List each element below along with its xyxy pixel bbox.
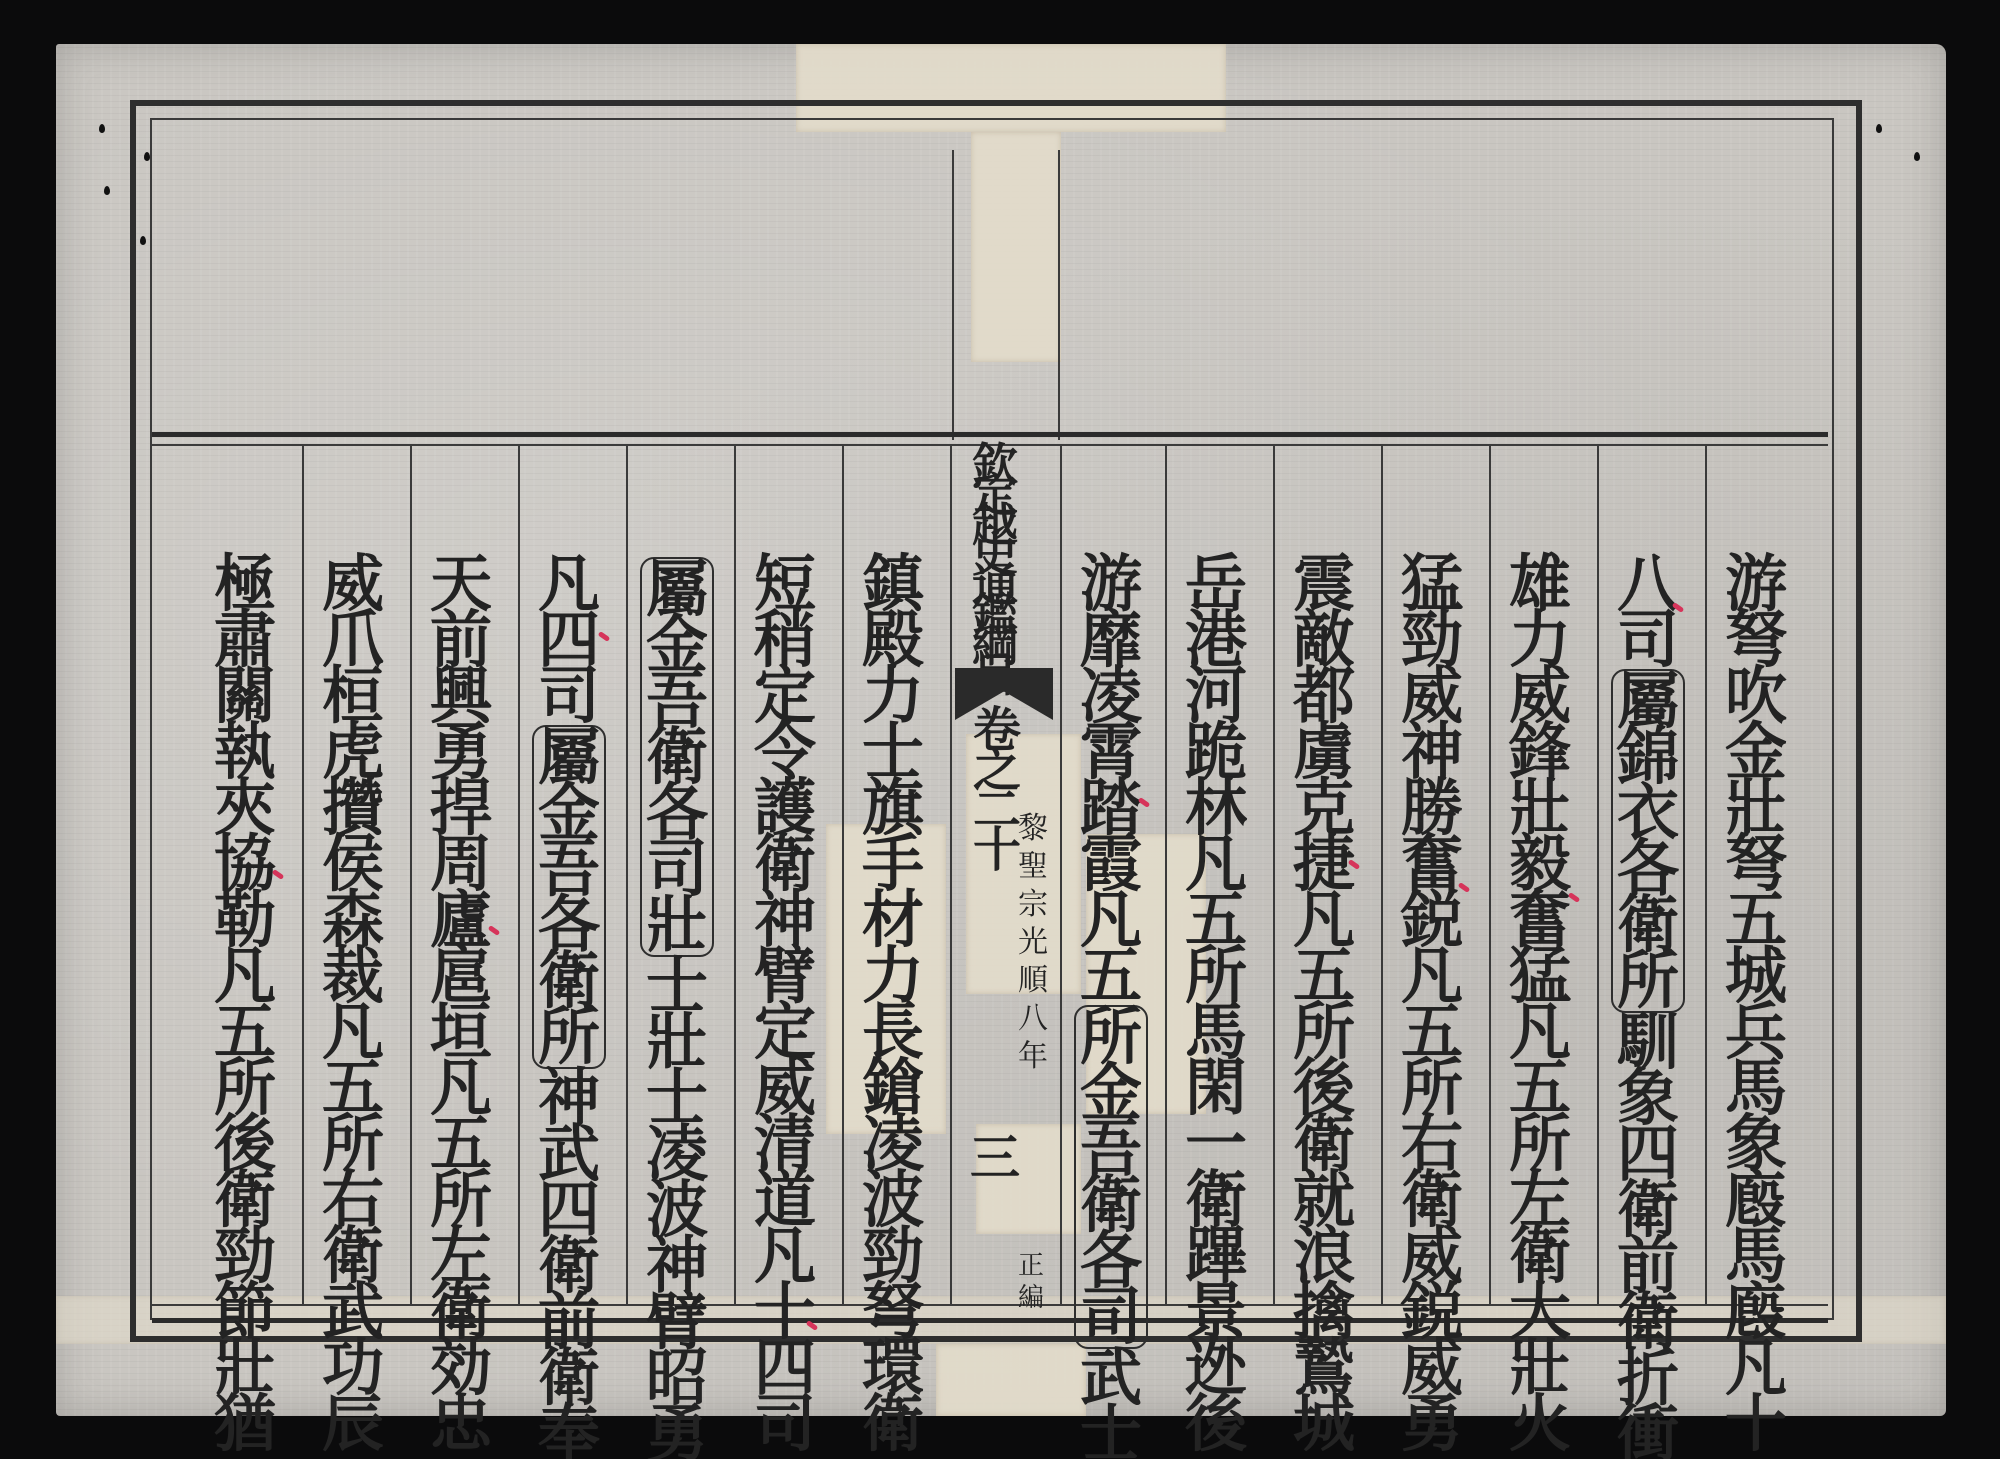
character: 衝 <box>1605 1406 1691 1459</box>
character: 衛 <box>850 1396 936 1452</box>
boxed-character: 所 <box>1613 953 1683 1009</box>
wormhole <box>1876 124 1882 133</box>
character: 士 <box>1068 1406 1154 1459</box>
column-divider <box>1060 446 1062 1304</box>
column-divider <box>950 446 952 1304</box>
character: 猶 <box>202 1396 288 1452</box>
reign-character: 順 <box>1013 962 1053 1000</box>
text-column-c6: 岳港河跪林凡五所馬閑一衛蹕景迯後 <box>1173 556 1259 1452</box>
reign-character: 宗 <box>1013 886 1053 924</box>
wormhole <box>1914 152 1920 161</box>
page-number-character: 三 <box>965 1130 1025 1186</box>
character: 奉 <box>526 1406 612 1459</box>
reign-character: 黎 <box>1013 810 1053 848</box>
reign-year-label: 黎聖宗光順八年 <box>1013 810 1053 1076</box>
character: 司 <box>1605 612 1691 668</box>
character: 十 <box>1713 1396 1799 1452</box>
text-column-c3: 雄力威鋒壯毅奮猛凡五所左衛大壯火 <box>1497 556 1583 1452</box>
wormhole <box>104 186 110 195</box>
character: 辰 <box>310 1396 396 1452</box>
wormhole <box>99 124 105 133</box>
reign-character: 光 <box>1013 924 1053 962</box>
text-column-c13: 威爪桓虎攢侯森裁凡五所右衛武功辰 <box>310 556 396 1452</box>
boxed-annotation: 屬錦衣各衛所 <box>1611 669 1685 1013</box>
text-column-c8: 鎮殿力士旗手材力長鎗凌波勁弩環衛 <box>850 556 936 1452</box>
text-column-c5: 震敵都虜克捷凡五所後衛就浪擒鷙城 <box>1281 556 1367 1452</box>
spine-line-right <box>1058 150 1060 440</box>
edition-character: 編 <box>1011 1282 1051 1314</box>
column-divider <box>1381 446 1383 1304</box>
boxed-character: 司 <box>1076 1289 1146 1345</box>
boxed-character: 壯 <box>642 897 712 953</box>
column-divider <box>1273 446 1275 1304</box>
text-column-c11: 凡四司屬金吾各衛所神武四衛前衛奉 <box>526 556 612 1459</box>
character: 後 <box>1173 1396 1259 1452</box>
character: 火 <box>1497 1396 1583 1452</box>
horizontal-rule-upper <box>152 432 1828 437</box>
repair-patch-bottom-center <box>936 1344 1086 1416</box>
character: 勇 <box>634 1406 720 1459</box>
edition-label: 正編 <box>1011 1250 1051 1314</box>
character: 五 <box>1068 948 1154 1004</box>
column-divider <box>734 446 736 1304</box>
boxed-character: 所 <box>534 1009 604 1065</box>
text-column-c1: 游弩吹金壯弩五城兵馬象廏馬廏凡十 <box>1713 556 1799 1452</box>
text-column-c7: 游靡凌霄踏霞凡五所金吾衛各司武士 <box>1068 556 1154 1459</box>
column-divider <box>1165 446 1167 1304</box>
column-divider <box>410 446 412 1304</box>
text-column-c9: 短稍定令護衛神臂定威清道凡十四司 <box>742 556 828 1452</box>
reign-character: 聖 <box>1013 848 1053 886</box>
boxed-annotation: 屬金吾衛各司壯 <box>640 557 714 957</box>
boxed-annotation: 屬金吾各衛所 <box>532 725 606 1069</box>
header-band <box>152 120 1828 435</box>
text-column-c4: 猛勁威神勝奮鋭凡五所右衛威鋭威勇 <box>1389 556 1475 1452</box>
text-column-c14: 極肅關執夾協勒凡五所後衛勁節壯猶 <box>202 556 288 1452</box>
edition-character: 正 <box>1011 1250 1051 1282</box>
reign-character: 年 <box>1013 1038 1053 1076</box>
character: 城 <box>1281 1396 1367 1452</box>
column-divider <box>842 446 844 1304</box>
boxed-annotation: 所金吾衛各司 <box>1074 1005 1148 1349</box>
text-column-c2: 八司屬錦衣各衛所馴象四衛前衛折衝 <box>1605 556 1691 1459</box>
text-column-c10: 屬金吾衛各司壯士壯士凌波神臂昭勇 <box>634 556 720 1459</box>
page-number: 三 <box>965 1130 1025 1186</box>
column-divider <box>626 446 628 1304</box>
text-column-c12: 天前興勇捍周廬扈垣凡五所左衛効忠 <box>418 556 504 1452</box>
reign-character: 八 <box>1013 1000 1053 1038</box>
column-divider <box>1489 446 1491 1304</box>
spine-line-left <box>952 150 954 440</box>
character: 司 <box>526 668 612 724</box>
center-margin-column: 欽定越史通鑑綱目 卷之二十 黎聖宗光順八年 三 正編 <box>955 440 1055 1320</box>
column-divider <box>518 446 520 1304</box>
column-divider <box>1705 446 1707 1304</box>
column-divider <box>1597 446 1599 1304</box>
character: 勇 <box>1389 1396 1475 1452</box>
book-title: 欽定越史通鑑綱目 <box>965 450 1025 690</box>
character: 忠 <box>418 1396 504 1452</box>
column-divider <box>302 446 304 1304</box>
character: 司 <box>742 1396 828 1452</box>
